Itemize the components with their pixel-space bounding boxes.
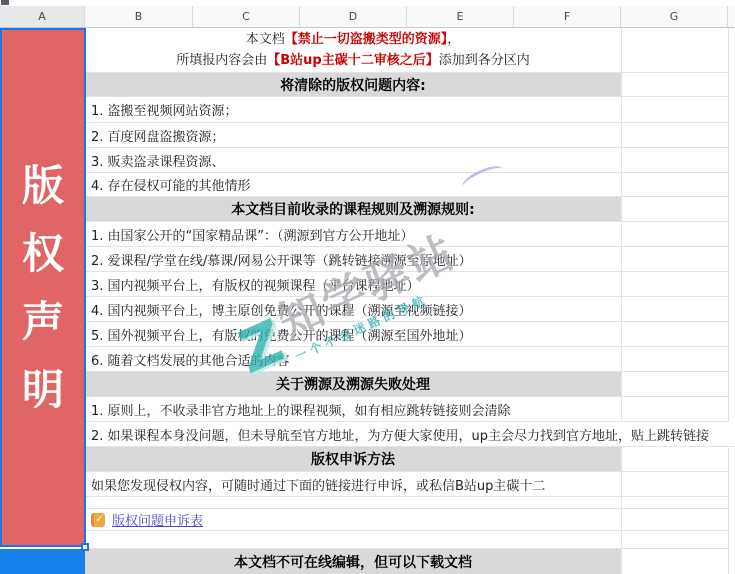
column-header-d[interactable]: D xyxy=(300,6,407,27)
cell-intro[interactable]: 本文档【禁止一切盗搬类型的资源】， 所填报内容会由【B站up主碳十二审核之后】添… xyxy=(85,28,728,73)
bottom-blue-cell[interactable] xyxy=(0,549,85,574)
spreadsheet: A B C D E F G 本文档【禁止一切盗搬类型的资源】， 所填报内容会由【… xyxy=(0,0,735,574)
column-header-a[interactable]: A xyxy=(0,6,85,27)
selection-fill-handle[interactable] xyxy=(81,543,89,551)
item-cell[interactable]: 6. 随着文档发展的其他合适的内容 xyxy=(85,347,728,372)
copyright-banner-cell[interactable]: 版 权 声 明 xyxy=(0,28,86,547)
item-cell-overflowing[interactable]: 2. 如果课程本身没问题，但未导航至官方地址，为方便大家使用，up主会尽力找到官… xyxy=(85,422,735,447)
column-header-b[interactable]: B xyxy=(85,6,193,27)
item-cell[interactable]: 2. 百度网盘盗搬资源； xyxy=(85,123,728,148)
section-header-cell[interactable]: 版权申诉方法 xyxy=(85,447,728,472)
banner-char: 权 xyxy=(22,233,64,275)
gridline-vertical-g-right xyxy=(728,28,729,574)
column-header-g[interactable]: G xyxy=(621,6,728,27)
link-row: ✓ 版权问题申诉表 xyxy=(85,509,728,531)
intro-line-2: 所填报内容会由【B站up主碳十二审核之后】添加到各分区内 xyxy=(176,50,530,71)
item-cell[interactable]: 1. 原则上，不收录非官方地址上的课程视频，如有相应跳转链接则会清除 xyxy=(85,397,728,422)
column-header-bar: A B C D E F G xyxy=(0,6,735,28)
banner-char: 声 xyxy=(22,301,64,343)
section-header-cell[interactable]: 将清除的版权问题内容: xyxy=(85,73,728,97)
section-header-cell[interactable]: 关于溯源及溯源失败处理 xyxy=(85,372,728,397)
form-check-icon: ✓ xyxy=(91,513,105,527)
intro-line-1: 本文档【禁止一切盗搬类型的资源】， xyxy=(246,29,461,50)
appeal-form-link[interactable]: 版权问题申诉表 xyxy=(112,510,203,529)
top-left-artifact xyxy=(1,0,9,5)
item-cell[interactable]: 5. 国外视频平台上，有版权的免费公开的课程（溯源至国外地址） xyxy=(85,322,728,347)
item-cell[interactable]: 2. 爱课程/学堂在线/慕课/网易公开课等（跳转链接溯源至原地址） xyxy=(85,247,728,272)
item-cell[interactable]: 1. 由国家公开的“国家精品课”：（溯源到官方公开地址） xyxy=(85,222,728,247)
empty-cell[interactable] xyxy=(85,531,728,549)
column-header-e[interactable]: E xyxy=(407,6,514,27)
item-cell[interactable]: 1. 盗搬至视频网站资源； xyxy=(85,97,728,123)
item-cell[interactable]: 3. 贩卖盗录课程资源、 xyxy=(85,148,728,173)
column-header-c[interactable]: C xyxy=(193,6,300,27)
item-cell[interactable]: 3. 国内视频平台上，有版权的视频课程（平台课程地址） xyxy=(85,272,728,297)
empty-cell[interactable] xyxy=(85,497,728,509)
banner-char: 明 xyxy=(22,369,64,411)
banner-char: 版 xyxy=(22,165,64,207)
item-cell[interactable]: 4. 国内视频平台上，博主原创免费公开的课程（溯源至视频链接） xyxy=(85,297,728,322)
intro-line2-emphasis: 【B站up主碳十二审核之后】 xyxy=(267,53,438,68)
intro-line1-emphasis: 【禁止一切盗搬类型的资源】 xyxy=(285,32,448,47)
item-cell[interactable]: 如果您发现侵权内容，可随时通过下面的链接进行申诉，或私信B站up主碳十二 xyxy=(85,472,728,497)
intro-text: 本文档【禁止一切盗搬类型的资源】， 所填报内容会由【B站up主碳十二审核之后】添… xyxy=(85,28,621,72)
column-header-f[interactable]: F xyxy=(514,6,621,27)
footer-header-cell[interactable]: 本文档不可在线编辑，但可以下载文档 xyxy=(85,549,728,574)
section-header-cell[interactable]: 本文档目前收录的课程规则及溯源规则: xyxy=(85,197,728,222)
item-cell[interactable]: 4. 存在侵权可能的其他情形 xyxy=(85,173,728,197)
